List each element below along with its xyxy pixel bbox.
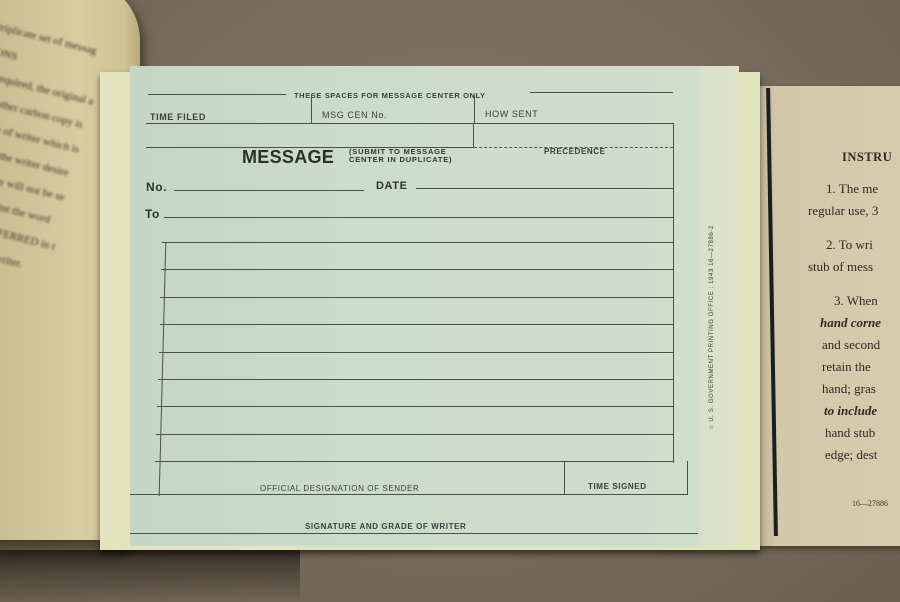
date-field[interactable]: [416, 188, 674, 189]
time-signed-label: TIME SIGNED: [588, 482, 647, 491]
divider: [474, 95, 475, 123]
instruction-line: regular use, 3: [808, 200, 900, 222]
subtitle-line: CENTER IN DUPLICATE): [349, 156, 452, 164]
form-code: 16—27886: [852, 499, 888, 508]
message-line[interactable]: [160, 297, 674, 298]
message-line[interactable]: [160, 324, 674, 325]
official-designation-label: OFFICIAL DESIGNATION OF SENDER: [260, 484, 419, 493]
instruction-line: hand; gras: [822, 378, 900, 400]
instructions-text: INSTRU 1. The me regular use, 3 2. To wr…: [808, 146, 900, 478]
no-field[interactable]: [174, 190, 364, 191]
message-line[interactable]: [158, 379, 674, 380]
message-line[interactable]: [155, 461, 674, 462]
message-line[interactable]: [161, 269, 674, 270]
instruction-line: and second: [822, 334, 900, 356]
instruction-2: 2. To wri stub of mess: [808, 234, 900, 278]
msg-cen-no-label: MSG CEN No.: [322, 110, 387, 120]
instructions-heading: INSTRU: [842, 146, 900, 168]
rule: [148, 94, 286, 95]
message-line[interactable]: [157, 406, 674, 407]
rule: [130, 494, 688, 495]
gpo-imprint: ☆ U. S. GOVERNMENT PRINTING OFFICE : 194…: [708, 225, 715, 430]
rule: [146, 123, 674, 124]
divider: [687, 461, 688, 494]
no-label: No.: [146, 180, 167, 194]
instruction-3: 3. When hand corne and second retain the…: [808, 290, 900, 466]
instruction-line: edge; dest: [825, 444, 900, 466]
instruction-line: stub of mess: [808, 256, 900, 278]
how-sent-label: HOW SENT: [485, 109, 538, 119]
form-subtitle: (SUBMIT TO MESSAGE CENTER IN DUPLICATE): [349, 148, 452, 164]
instruction-1: 1. The me regular use, 3: [808, 178, 900, 222]
signature-line[interactable]: [130, 533, 698, 534]
message-line[interactable]: [159, 352, 674, 353]
form-right-border: [673, 123, 674, 463]
rule: [530, 92, 673, 93]
message-line[interactable]: [156, 434, 674, 435]
time-filed-label: TIME FILED: [150, 112, 206, 122]
form-title: MESSAGE: [242, 147, 334, 168]
instruction-line: hand corne: [820, 312, 900, 334]
divider: [473, 124, 474, 148]
to-field[interactable]: [164, 217, 674, 218]
instruction-line: hand stub: [825, 422, 900, 444]
instruction-line: retain the: [822, 356, 900, 378]
instruction-line: 1. The me: [826, 178, 900, 200]
divider: [564, 461, 565, 494]
precedence-label: PRECEDENCE: [544, 147, 606, 156]
signature-label: SIGNATURE AND GRADE OF WRITER: [305, 522, 466, 531]
to-label: To: [145, 207, 160, 221]
message-box-left: [159, 242, 167, 496]
instruction-line: 2. To wri: [826, 234, 900, 256]
message-center-banner: THESE SPACES FOR MESSAGE CENTER ONLY: [294, 91, 486, 100]
divider: [311, 95, 312, 123]
instruction-line: 3. When: [834, 290, 900, 312]
message-form: THESE SPACES FOR MESSAGE CENTER ONLY TIM…: [130, 66, 700, 546]
date-label: DATE: [376, 180, 408, 192]
message-line[interactable]: [162, 242, 674, 243]
instruction-line: to include: [824, 400, 900, 422]
